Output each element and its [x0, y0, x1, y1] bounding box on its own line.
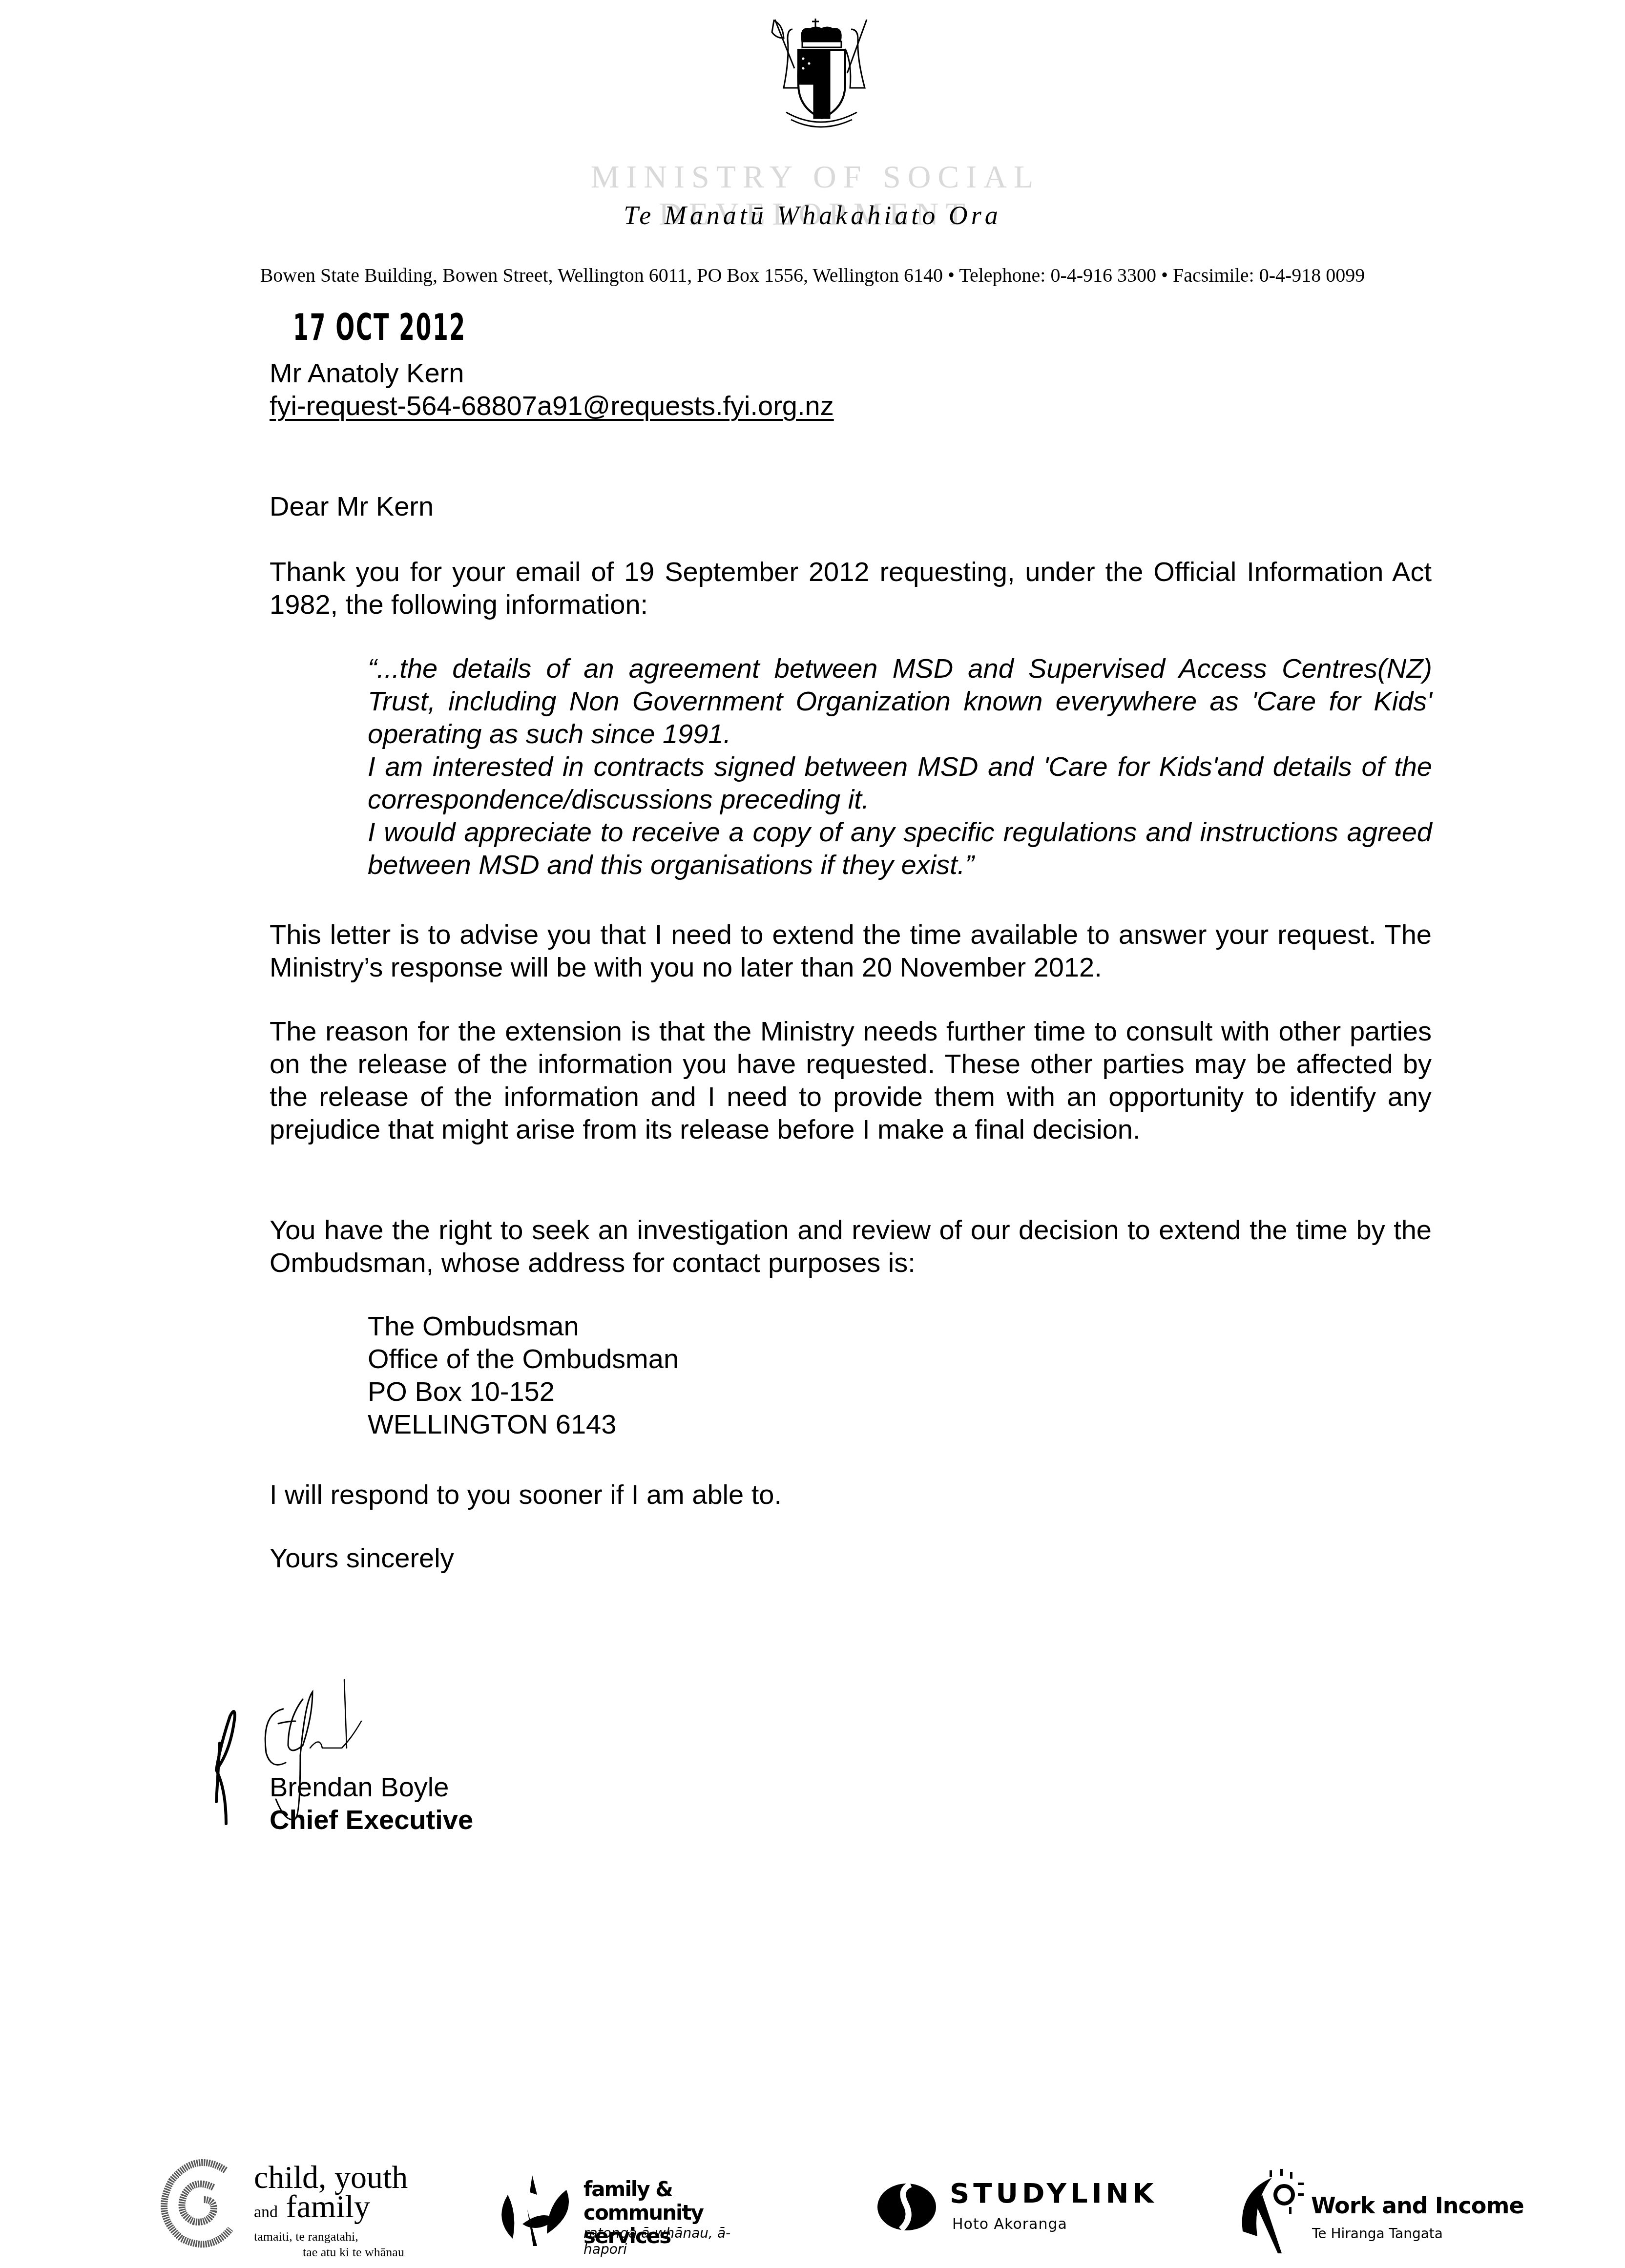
recipient-email-link[interactable]: fyi-request-564-68807a91@requests.fyi.or… — [270, 389, 834, 422]
address-line: Office of the Ombudsman — [368, 1342, 679, 1375]
signer-block: Brendan Boyle Chief Executive — [270, 1770, 473, 1836]
logo-family-community-services: family & community services ratonga ā-wh… — [493, 2100, 767, 2246]
quote-line: “...the details of an agreement between … — [368, 652, 1432, 750]
respond-sooner: I will respond to you sooner if I am abl… — [270, 1478, 782, 1511]
signer-name: Brendan Boyle — [270, 1770, 473, 1803]
person-sun-icon — [1240, 2168, 1309, 2256]
logo-child-youth-family: child, youth and family tamaiti, te rang… — [151, 2100, 425, 2246]
address-line: PO Box 10-152 — [368, 1375, 679, 1408]
leaf-figures-icon — [493, 2165, 576, 2248]
request-quote: “...the details of an agreement between … — [368, 652, 1432, 881]
quote-line: I am interested in contracts signed betw… — [368, 750, 1432, 815]
ministry-maori-name: Te Manatū Whakahiato Ora — [0, 200, 1625, 230]
footer-logos: child, youth and family tamaiti, te rang… — [0, 2100, 1625, 2246]
logo-text: STUDYLINK — [950, 2178, 1158, 2209]
salutation: Dear Mr Kern — [270, 490, 434, 522]
logo-studylink: STUDYLINK Hoto Akoranga — [864, 2100, 1196, 2246]
logo-tagline: ratonga ā-whānau, ā-hapori — [583, 2225, 767, 2257]
koru-spiral-icon — [157, 2156, 243, 2248]
logo-tagline: Te Hiranga Tangata — [1312, 2226, 1443, 2242]
date-stamp: 17 OCT 2012 — [293, 307, 466, 349]
intro-paragraph: Thank you for your email of 19 September… — [270, 555, 1432, 621]
logo-work-and-income: Work and Income Te Hiranga Tangata — [1240, 2100, 1572, 2246]
letterhead-address: Bowen State Building, Bowen Street, Well… — [0, 264, 1625, 287]
extension-notice: This letter is to advise you that I need… — [270, 918, 1432, 983]
logo-text: and — [254, 2203, 278, 2221]
logo-tagline: Hoto Akoranga — [952, 2216, 1067, 2233]
logo-text: Work and Income — [1311, 2192, 1524, 2219]
nz-coat-of-arms-icon — [769, 15, 874, 146]
logo-tagline: tae atu ki te whānau — [254, 2245, 404, 2260]
logo-text: child, youth — [254, 2163, 408, 2192]
recipient-block: Mr Anatoly Kern fyi-request-564-68807a91… — [270, 356, 834, 422]
logo-text: family & — [583, 2178, 767, 2201]
logo-tagline: tamaiti, te rangatahi, — [254, 2229, 404, 2245]
address-line: The Ombudsman — [368, 1310, 679, 1342]
address-line: WELLINGTON 6143 — [368, 1408, 679, 1440]
logo-text: family — [286, 2189, 370, 2225]
review-right: You have the right to seek an investigat… — [270, 1213, 1432, 1279]
studylink-s-icon — [876, 2183, 937, 2231]
quote-line: I would appreciate to receive a copy of … — [368, 815, 1432, 881]
signer-title: Chief Executive — [270, 1803, 473, 1836]
ombudsman-address: The Ombudsman Office of the Ombudsman PO… — [368, 1310, 679, 1440]
recipient-name: Mr Anatoly Kern — [270, 356, 834, 389]
closing: Yours sincerely — [270, 1541, 454, 1574]
extension-reason: The reason for the extension is that the… — [270, 1015, 1432, 1145]
